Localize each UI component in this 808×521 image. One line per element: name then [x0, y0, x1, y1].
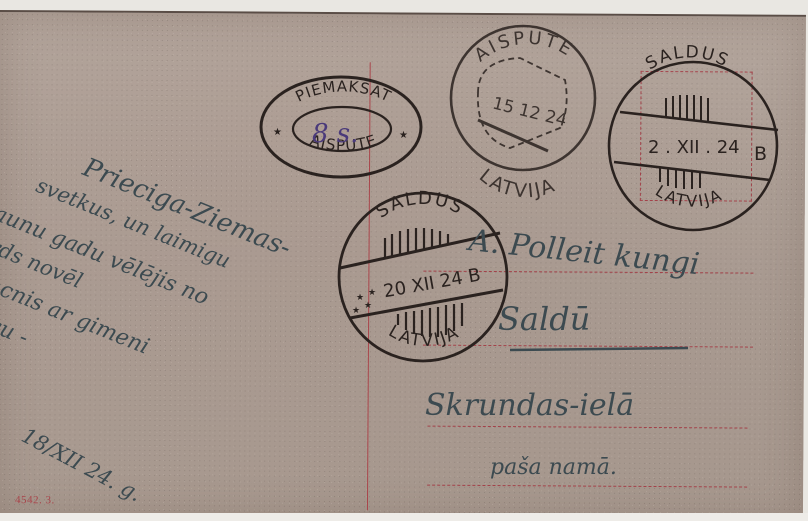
handwritten-address: A. Polleit kungi Saldū Skrundas-ielā paš… — [425, 223, 701, 480]
saldus-arrival-date: 2 . XII . 24 — [648, 137, 740, 158]
svg-text:★: ★ — [352, 306, 360, 316]
saldus-top-text: SALDUS — [372, 188, 468, 223]
aispute-date: 15 12 24 — [490, 94, 568, 132]
svg-text:★: ★ — [273, 127, 282, 138]
svg-text:★: ★ — [368, 288, 376, 298]
address-line-1-text: A. Polleit kungi — [464, 223, 701, 282]
address-line-4-text: paša namā. — [490, 455, 617, 480]
address-line-2-text: Saldū — [498, 300, 590, 338]
saldus-arrival-top-text: SALDUS — [642, 42, 732, 74]
postage-due-stamp: PIEMAKSAT AISPUTE ★ ★ 8 s. — [261, 77, 421, 177]
aispute-top-text: AISPUTE — [471, 28, 578, 67]
svg-text:★: ★ — [364, 301, 372, 311]
saldus-postmark: SALDUS LATVIJA 20 XII 24 B ★ ★ ★ ★ — [339, 188, 507, 361]
svg-text:AISPUTE: AISPUTE — [471, 28, 578, 67]
address-line-3-text: Skrundas-ielā — [425, 388, 634, 423]
svg-text:★: ★ — [399, 130, 408, 141]
postage-due-amount: 8 s. — [312, 119, 358, 149]
handwritten-message: Prieciga-Ziemas- svetkus, un laimigu Jau… — [0, 113, 295, 429]
saldus-arrival-postmark: SALDUS LATVIJA 2 . XII . 24 B — [609, 42, 778, 230]
saldus-bottom-text: LATVIJA — [385, 321, 463, 351]
postcard-markings: PIEMAKSAT AISPUTE ★ ★ 8 s. AISPUTE LATVI… — [0, 0, 808, 521]
svg-text:SALDUS: SALDUS — [372, 188, 468, 223]
svg-text:SALDUS: SALDUS — [642, 42, 732, 74]
message-date: 18/XII 24. g. — [18, 423, 146, 506]
saldus-arrival-bottom-text: LATVIJA — [652, 181, 726, 210]
svg-text:LATVIJA: LATVIJA — [385, 321, 463, 351]
aispute-postmark: AISPUTE LATVIJA 15 12 24 — [451, 26, 595, 203]
saldus-arrival-letter: B — [754, 143, 767, 165]
svg-text:★: ★ — [356, 293, 364, 303]
svg-text:LATVIJA: LATVIJA — [652, 181, 726, 210]
